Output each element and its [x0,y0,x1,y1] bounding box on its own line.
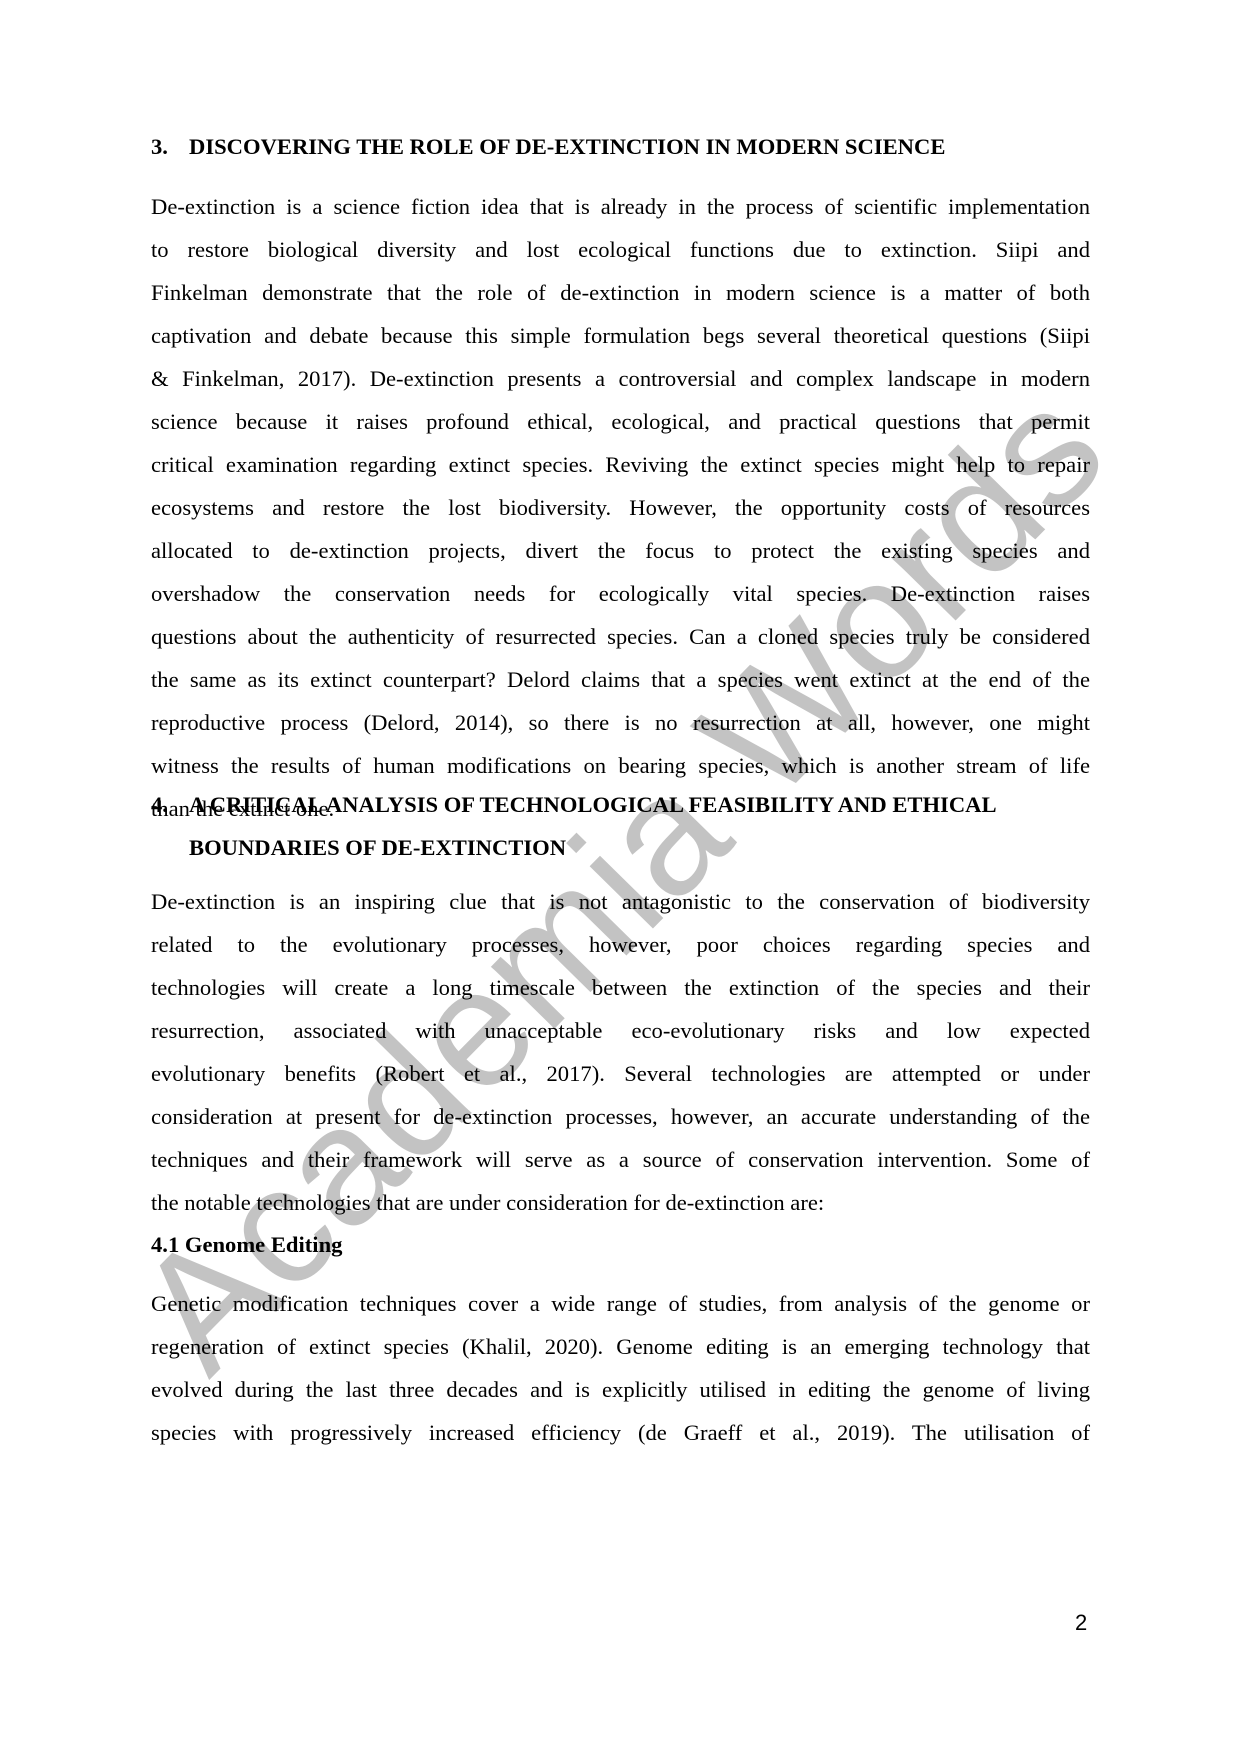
paragraph-line: consideration at present for de-extincti… [151,1095,1090,1138]
paragraph-line: ecosystems and restore the lost biodiver… [151,486,1090,529]
section-4-1-heading: 4.1 Genome Editing [151,1223,342,1266]
paragraph-line: evolutionary benefits (Robert et al., 20… [151,1052,1090,1095]
section-3-number: 3. [151,125,189,168]
paragraph-line: captivation and debate because this simp… [151,314,1090,357]
section-4-1-paragraph: Genetic modification techniques cover a … [151,1282,1090,1454]
page-number: 2 [1075,1610,1087,1636]
paragraph-line: techniques and their framework will serv… [151,1138,1090,1181]
paragraph-line: Genetic modification techniques cover a … [151,1282,1090,1325]
paragraph-line: evolved during the last three decades an… [151,1368,1090,1411]
document-page: Academia Words 3.DISCOVERING THE ROLE OF… [0,0,1241,1754]
section-4-title-line-2: BOUNDARIES OF DE-EXTINCTION [151,826,997,869]
paragraph-line: reproductive process (Delord, 2014), so … [151,701,1090,744]
section-4-number: 4. [151,783,189,826]
paragraph-line: allocated to de-extinction projects, div… [151,529,1090,572]
section-3-title: DISCOVERING THE ROLE OF DE-EXTINCTION IN… [189,134,945,159]
section-4-title-line-1: A CRITICAL ANALYSIS OF TECHNOLOGICAL FEA… [189,792,997,817]
paragraph-line: regeneration of extinct species (Khalil,… [151,1325,1090,1368]
paragraph-line: related to the evolutionary processes, h… [151,923,1090,966]
paragraph-line: questions about the authenticity of resu… [151,615,1090,658]
paragraph-line: technologies will create a long timescal… [151,966,1090,1009]
section-4-heading: 4.A CRITICAL ANALYSIS OF TECHNOLOGICAL F… [151,783,997,869]
paragraph-line: De-extinction is a science fiction idea … [151,185,1090,228]
section-3-paragraph: De-extinction is a science fiction idea … [151,185,1090,830]
paragraph-line: science because it raises profound ethic… [151,400,1090,443]
paragraph-line: the same as its extinct counterpart? Del… [151,658,1090,701]
paragraph-line: resurrection, associated with unacceptab… [151,1009,1090,1052]
section-4-paragraph: De-extinction is an inspiring clue that … [151,880,1090,1224]
paragraph-line: to restore biological diversity and lost… [151,228,1090,271]
paragraph-line: overshadow the conservation needs for ec… [151,572,1090,615]
section-3-heading: 3.DISCOVERING THE ROLE OF DE-EXTINCTION … [151,125,945,168]
paragraph-line: & Finkelman, 2017). De-extinction presen… [151,357,1090,400]
paragraph-line: Finkelman demonstrate that the role of d… [151,271,1090,314]
paragraph-line: witness the results of human modificatio… [151,744,1090,787]
paragraph-line: critical examination regarding extinct s… [151,443,1090,486]
paragraph-line: De-extinction is an inspiring clue that … [151,880,1090,923]
paragraph-line: species with progressively increased eff… [151,1411,1090,1454]
paragraph-line: the notable technologies that are under … [151,1181,1090,1224]
